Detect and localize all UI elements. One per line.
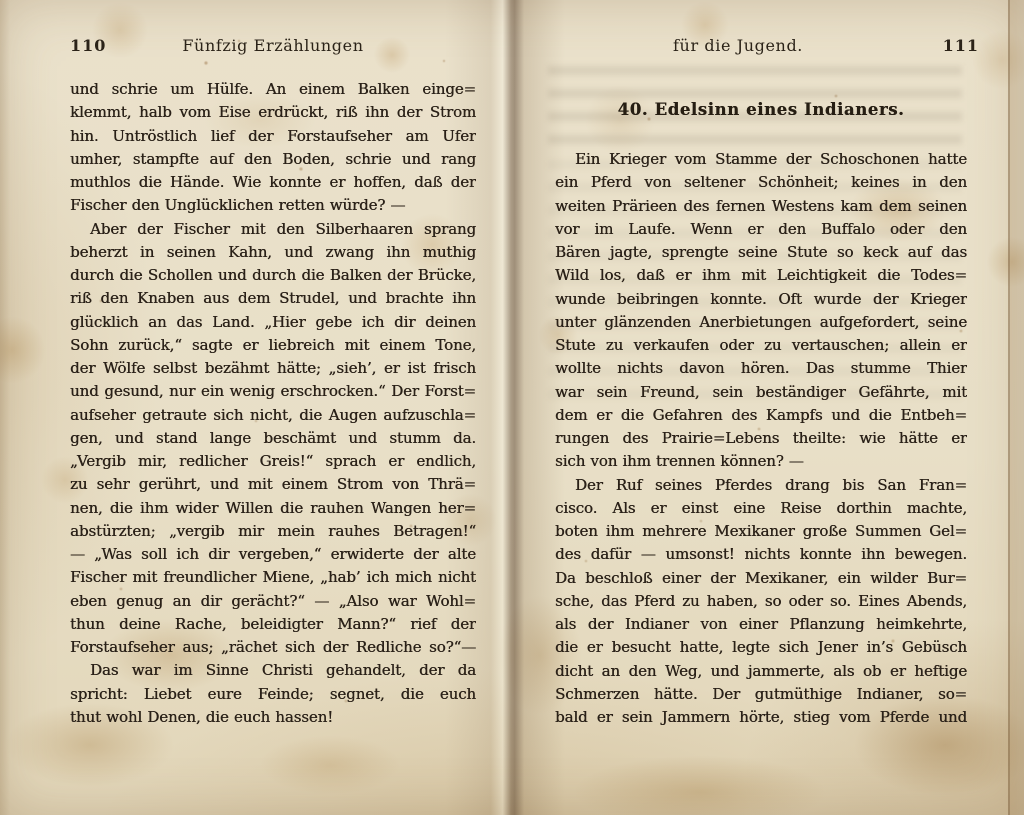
text-line: „Vergib mir, redlicher Greis!“ sprach er…: [70, 450, 476, 473]
text-line: umher, stampfte auf den Boden, schrie un…: [70, 148, 476, 171]
text-line: sich von ihm trennen können? —: [555, 450, 967, 473]
text-line: beherzt in seinen Kahn, und zwang ihn mu…: [70, 241, 476, 264]
text-line: Bären jagte, sprengte seine Stute so kec…: [555, 241, 967, 264]
text-line: Sohn zurück,“ sagte er liebreich mit ein…: [70, 334, 476, 357]
text-line: und gesund, nur ein wenig erschrocken.“ …: [70, 380, 476, 403]
text-line: war sein Freund, sein beständiger Gefähr…: [555, 381, 967, 404]
text-line: Das war im Sinne Christi gehandelt, der …: [70, 659, 476, 682]
right-page-text: Ein Krieger vom Stamme der Schoschonen h…: [555, 148, 967, 729]
right-running-header: für die Jugend.: [555, 36, 967, 55]
left-page-edge: [0, 0, 10, 815]
text-line: zu sehr gerührt, und mit einem Strom von…: [70, 473, 476, 496]
text-line: rungen des Prairie=Lebens theilte: wie h…: [555, 427, 967, 450]
text-line: cisco. Als er einst eine Reise dorthin m…: [555, 497, 967, 520]
left-page-text: und schrie um Hülfe. An einem Balken ein…: [70, 78, 476, 729]
text-line: Ein Krieger vom Stamme der Schoschonen h…: [555, 148, 967, 171]
text-line: aufseher getraute sich nicht, die Augen …: [70, 404, 476, 427]
left-running-header: Fünfzig Erzählungen: [70, 36, 476, 55]
text-line: thun deine Rache, beleidigter Mann?“ rie…: [70, 613, 476, 636]
text-line: dem er die Gefahren des Kampfs und die E…: [555, 404, 967, 427]
foxing-specks: [0, 0, 2, 2]
text-line: — „Was soll ich dir vergeben,“ erwiderte…: [70, 543, 476, 566]
text-line: die er besucht hatte, legte sich Jener i…: [555, 636, 967, 659]
text-line: sche, das Pferd zu haben, so oder so. Ei…: [555, 590, 967, 613]
text-line: der Wölfe selbst bezähmt hätte; „sieh’, …: [70, 357, 476, 380]
text-line: Forstaufseher aus; „rächet sich der Redl…: [70, 636, 476, 659]
text-line: boten ihm mehrere Mexikaner große Summen…: [555, 520, 967, 543]
text-line: muthlos die Hände. Wie konnte er hoffen,…: [70, 171, 476, 194]
text-line: bald er sein Jammern hörte, stieg vom Pf…: [555, 706, 967, 729]
story-heading: 40. Edelsinn eines Indianers.: [555, 100, 967, 119]
text-line: Schmerzen hätte. Der gutmüthige Indianer…: [555, 683, 967, 706]
right-page-edge: [1008, 0, 1024, 815]
text-line: Fischer den Unglücklichen retten würde? …: [70, 194, 476, 217]
text-line: nen, die ihm wider Willen die rauhen Wan…: [70, 497, 476, 520]
text-line: Stute zu verkaufen oder zu vertauschen; …: [555, 334, 967, 357]
book-spread: 110 Fünfzig Erzählungen und schrie um Hü…: [0, 0, 1024, 815]
text-line: riß den Knaben aus dem Strudel, und brac…: [70, 287, 476, 310]
text-line: ein Pferd von seltener Schönheit; keines…: [555, 171, 967, 194]
text-line: wollte nichts davon hören. Das stumme Th…: [555, 357, 967, 380]
text-line: wunde beibringen konnte. Oft wurde der K…: [555, 288, 967, 311]
text-line: als der Indianer von einer Pflanzung hei…: [555, 613, 967, 636]
text-line: thut wohl Denen, die euch hassen!: [70, 706, 476, 729]
text-line: abstürzten; „vergib mir mein rauhes Betr…: [70, 520, 476, 543]
text-line: Da beschloß einer der Mexikaner, ein wil…: [555, 567, 967, 590]
text-line: weiten Prärieen des fernen Westens kam d…: [555, 195, 967, 218]
text-line: unter glänzenden Anerbietungen aufgeford…: [555, 311, 967, 334]
text-line: gen, und stand lange beschämt und stumm …: [70, 427, 476, 450]
text-line: glücklich an das Land. „Hier gebe ich di…: [70, 311, 476, 334]
text-line: vor im Laufe. Wenn er den Buffalo oder d…: [555, 218, 967, 241]
text-line: hin. Untröstlich lief der Forstaufseher …: [70, 125, 476, 148]
left-page-header: 110 Fünfzig Erzählungen: [70, 36, 476, 58]
text-line: Wild los, daß er ihm mit Leichtigkeit di…: [555, 264, 967, 287]
right-page-number: 111: [943, 36, 979, 55]
text-line: Aber der Fischer mit den Silberhaaren sp…: [70, 218, 476, 241]
text-line: durch die Schollen und durch die Balken …: [70, 264, 476, 287]
text-line: spricht: Liebet eure Feinde; segnet, die…: [70, 683, 476, 706]
text-line: und schrie um Hülfe. An einem Balken ein…: [70, 78, 476, 101]
text-line: dicht an den Weg, und jammerte, als ob e…: [555, 660, 967, 683]
right-page-header: für die Jugend. 111: [555, 36, 967, 58]
text-line: Der Ruf seines Pferdes drang bis San Fra…: [555, 474, 967, 497]
text-line: Fischer mit freundlicher Miene, „hab’ ic…: [70, 566, 476, 589]
text-line: eben genug an dir gerächt?“ — „Also war …: [70, 590, 476, 613]
text-line: des dafür — umsonst! nichts konnte ihn b…: [555, 543, 967, 566]
text-line: klemmt, halb vom Eise erdrückt, riß ihn …: [70, 101, 476, 124]
